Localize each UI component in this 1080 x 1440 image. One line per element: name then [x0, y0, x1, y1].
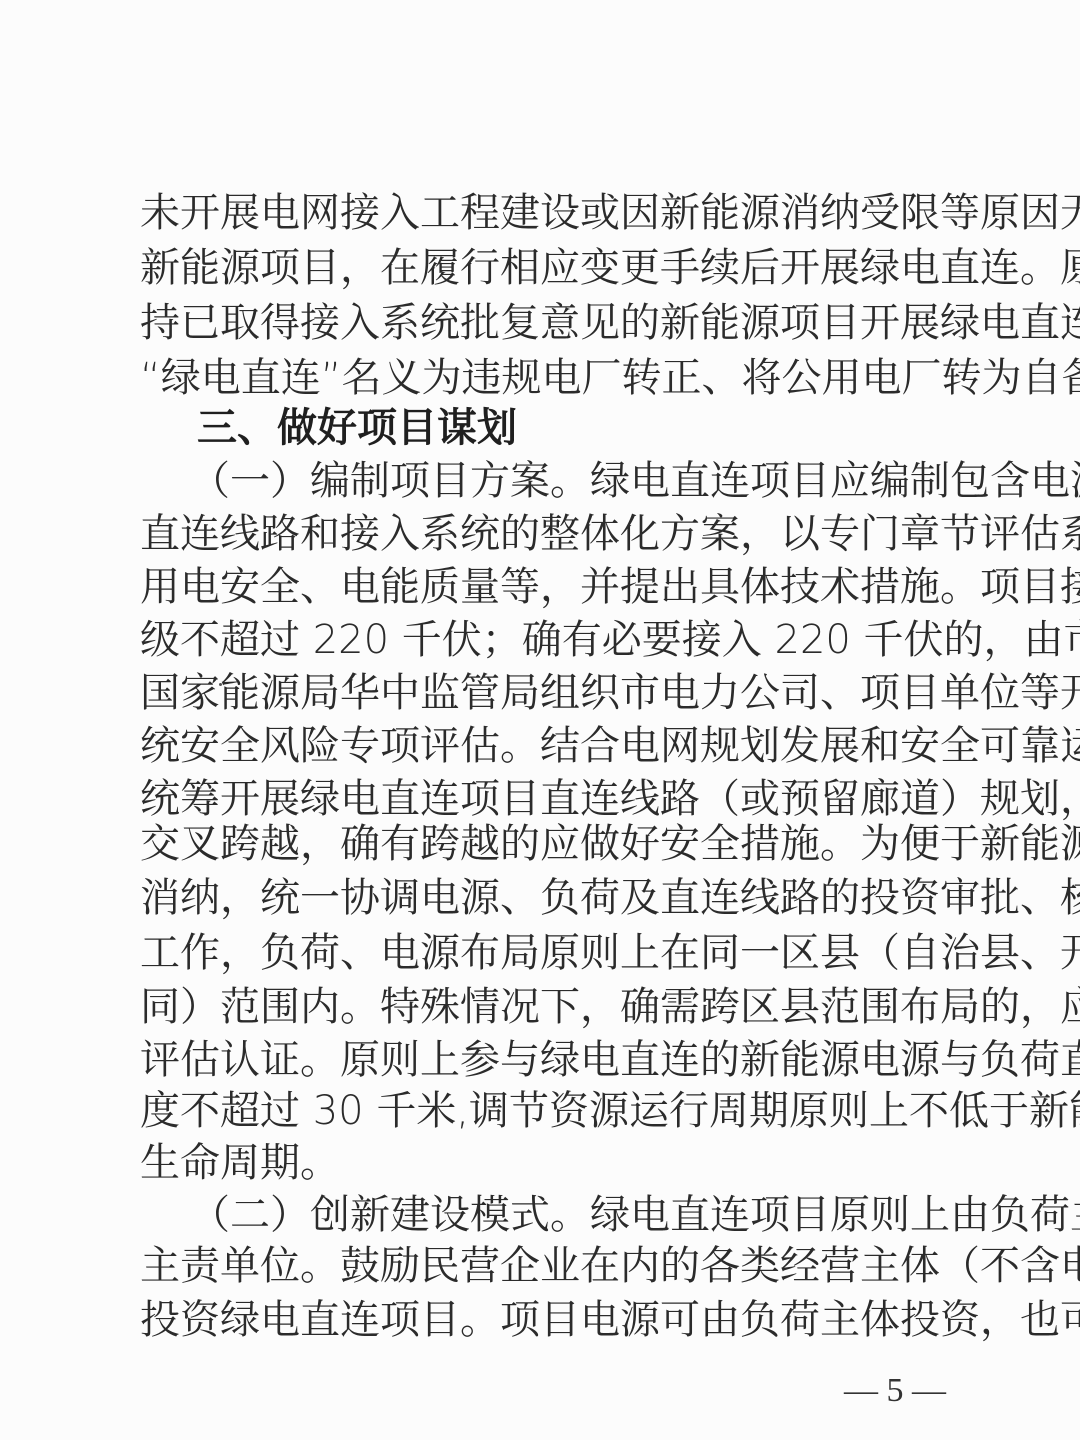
paragraph-line: 持已取得接入系统批复意见的新能源项目开展绿电直连，严禁以	[140, 298, 946, 348]
subsection-1-first-line: （一）编制项目方案。绿电直连项目应编制包含电源、负荷、	[190, 456, 946, 506]
section-heading: 三、做好项目谋划	[197, 403, 517, 453]
paragraph-line: 直连线路和接入系统的整体化方案，以专门章节评估系统风险、	[140, 509, 946, 559]
paragraph-line: 用电安全、电能质量等，并提出具体技术措施。项目接入电压等	[140, 562, 946, 612]
scan-artifact	[219, 683, 222, 686]
paragraph-line: 统安全风险专项评估。结合电网规划发展和安全可靠运行需求，	[140, 721, 946, 771]
paragraph-line: “绿电直连”名义为违规电厂转正、将公用电厂转为自备电厂。	[140, 353, 946, 403]
paragraph-line: 交叉跨越，确有跨越的应做好安全措施。为便于新能源就近就地	[140, 819, 946, 869]
subsection-2-first-line: （二）创新建设模式。绿电直连项目原则上由负荷主体作为	[190, 1190, 946, 1240]
paragraph-line: 同）范围内。特殊情况下，确需跨区县范围布局的，应开展专题	[140, 982, 946, 1032]
paragraph-line: 投资绿电直连项目。项目电源可由负荷主体投资，也可由发电企	[140, 1295, 946, 1345]
paragraph-line: 未开展电网接入工程建设或因新能源消纳受限等原因无法并网的	[140, 188, 946, 238]
paragraph-line: 主责单位。鼓励民营企业在内的各类经营主体（不含电网企业）	[140, 1241, 946, 1291]
paragraph-line: 评估认证。原则上参与绿电直连的新能源电源与负荷直连线路长	[140, 1035, 946, 1085]
paragraph-line: 国家能源局华中监管局组织市电力公司、项目单位等开展电力系	[140, 668, 946, 718]
paragraph-line: 消纳，统一协调电源、负荷及直连线路的投资审批、核准和备案	[140, 873, 946, 923]
paragraph-line: 新能源项目，在履行相应变更手续后开展绿电直连。原则上不支	[140, 243, 946, 293]
paragraph-line: 工作，负荷、电源布局原则上在同一区县（自治县、开发区，下	[140, 928, 946, 978]
document-page: 未开展电网接入工程建设或因新能源消纳受限等原因无法并网的 新能源项目，在履行相应…	[0, 0, 1080, 1440]
paragraph-line: 级不超过 220 千伏；确有必要接入 220 千伏的，由市能源局会同	[140, 615, 946, 665]
paragraph-line: 度不超过 30 千米,调节资源运行周期原则上不低于新能源项目全	[140, 1086, 946, 1136]
paragraph-line: 统筹开展绿电直连项目直连线路（或预留廊道）规划，减少线路	[140, 774, 946, 824]
paragraph-line: 生命周期。	[140, 1138, 946, 1188]
page-number: — 5 —	[840, 1372, 950, 1410]
